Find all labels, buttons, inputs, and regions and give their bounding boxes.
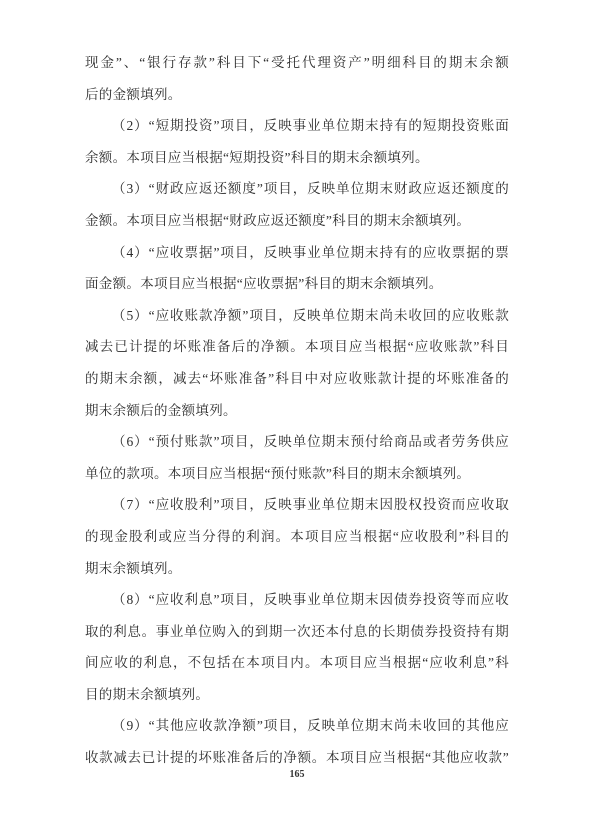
paragraph-line: 的期末余额，减去“坏账准备”科目中对应收账款计提的坏账准备的 <box>85 363 509 395</box>
paragraph-line: 面金额。本项目应当根据“应收票据”科目的期末余额填列。 <box>85 268 509 300</box>
paragraph-line: （5）“应收账款净额”项目，反映单位期末尚未收回的应收账款 <box>85 300 509 332</box>
paragraph-line: 余额。本项目应当根据“短期投资”科目的期末余额填列。 <box>85 142 509 174</box>
page-number: 165 <box>85 769 509 780</box>
paragraph-line: 目的期末余额填列。 <box>85 679 509 711</box>
paragraph-line: 现金”、“银行存款”科目下“受托代理资产”明细科目的期末余额 <box>85 47 509 79</box>
document-page: 现金”、“银行存款”科目下“受托代理资产”明细科目的期末余额后的金额填列。（2）… <box>0 0 594 837</box>
paragraph-line: 后的金额填列。 <box>85 79 509 111</box>
paragraph-line: 期末余额填列。 <box>85 553 509 585</box>
paragraph-line: （4）“应收票据”项目，反映事业单位期末持有的应收票据的票 <box>85 237 509 269</box>
paragraph-line: （8）“应收利息”项目，反映事业单位期末因债券投资等而应收 <box>85 584 509 616</box>
paragraph-line: 间应收的利息，不包括在本项目内。本项目应当根据“应收利息”科 <box>85 647 509 679</box>
paragraph-line: 金额。本项目应当根据“财政应返还额度”科目的期末余额填列。 <box>85 205 509 237</box>
paragraph-line: 期末余额后的金额填列。 <box>85 395 509 427</box>
paragraph-line: （9）“其他应收款净额”项目，反映单位期末尚未收回的其他应 <box>85 710 509 742</box>
paragraph-line: （3）“财政应返还额度”项目，反映单位期末财政应返还额度的 <box>85 173 509 205</box>
paragraph-line: （6）“预付账款”项目，反映单位期末预付给商品或者劳务供应 <box>85 426 509 458</box>
paragraph-line: 的现金股利或应当分得的利润。本项目应当根据“应收股利”科目的 <box>85 521 509 553</box>
page-body: 现金”、“银行存款”科目下“受托代理资产”明细科目的期末余额后的金额填列。（2）… <box>85 47 509 774</box>
paragraph-line: 单位的款项。本项目应当根据“预付账款”科目的期末余额填列。 <box>85 458 509 490</box>
paragraph-line: 减去已计提的坏账准备后的净额。本项目应当根据“应收账款”科目 <box>85 331 509 363</box>
paragraph-line: （7）“应收股利”项目，反映事业单位期末因股权投资而应收取 <box>85 489 509 521</box>
paragraph-line: 取的利息。事业单位购入的到期一次还本付息的长期债券投资持有期 <box>85 616 509 648</box>
paragraph-line: （2）“短期投资”项目，反映事业单位期末持有的短期投资账面 <box>85 110 509 142</box>
